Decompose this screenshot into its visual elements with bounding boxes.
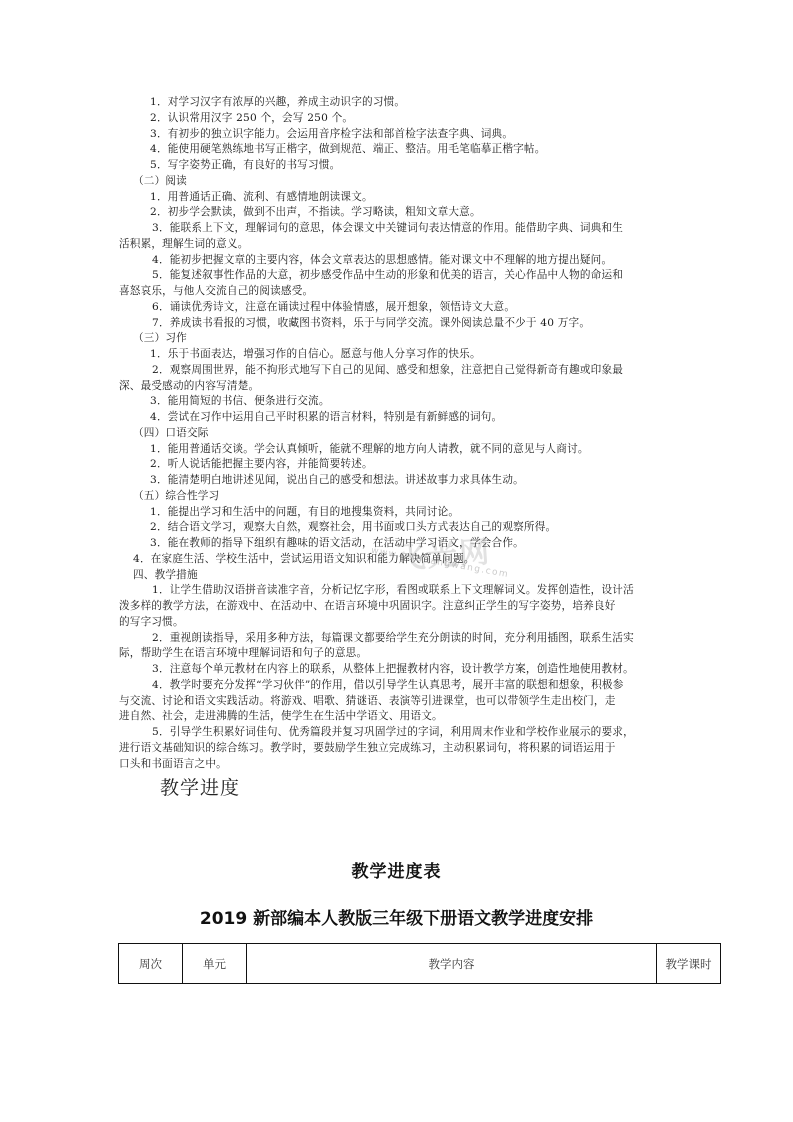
text-line: 5．能复述叙事性作品的大意，初步感受作品中生动的形象和优美的语言，关心作品中人物… xyxy=(119,268,679,284)
text-line: 活积累，理解生词的意义。 xyxy=(119,237,679,253)
document-page: 1．对学习汉字有浓厚的兴趣，养成主动识字的习惯。2．认识常用汉字 250 个，会… xyxy=(0,0,793,1122)
schedule-table: 周次 单元 教学内容 教学课时 xyxy=(118,943,721,984)
text-line: 口头和书面语言之中。 xyxy=(119,757,679,773)
text-line: 2．观察周围世界，能不拘形式地写下自己的见闻、感受和想象，注意把自己觉得新奇有趣… xyxy=(119,363,679,379)
table-subtitle: 2019 新部编本人教版三年级下册语文教学进度安排 xyxy=(0,904,793,929)
text-line: 四、教学措施 xyxy=(119,568,679,584)
body-text: 1．对学习汉字有浓厚的兴趣，养成主动识字的习惯。2．认识常用汉字 250 个，会… xyxy=(119,95,679,772)
text-line: 4．能使用硬笔熟练地书写正楷字，做到规范、端正、整洁。用毛笔临摹正楷字帖。 xyxy=(119,142,679,158)
text-line: 3．能用简短的书信、便条进行交流。 xyxy=(119,394,679,410)
text-line: 1．能提出学习和生活中的问题，有目的地搜集资料，共同讨论。 xyxy=(119,505,679,521)
text-line: 7．养成读书看报的习惯，收藏图书资料，乐于与同学交流。课外阅读总量不少于 40 … xyxy=(119,316,679,332)
text-line: 1．乐于书面表达，增强习作的自信心。愿意与他人分享习作的快乐。 xyxy=(119,347,679,363)
header-content: 教学内容 xyxy=(246,944,656,984)
text-line: 5．写字姿势正确，有良好的书写习惯。 xyxy=(119,158,679,174)
section-heading: 教学进度 xyxy=(160,773,240,800)
text-line: 的写字习惯。 xyxy=(119,615,679,631)
text-line: 3．能联系上下文，理解词句的意思，体会课文中关键词句表达情意的作用。能借助字典、… xyxy=(119,221,679,237)
text-line: 深、最受感动的内容写清楚。 xyxy=(119,379,679,395)
text-line: 2．认识常用汉字 250 个，会写 250 个。 xyxy=(119,111,679,127)
text-line: 3．注意每个单元教材在内容上的联系，从整体上把握教材内容，设计教学方案，创造性地… xyxy=(119,662,679,678)
text-line: 5．引导学生积累好词佳句、优秀篇段并复习巩固学过的字词，利用周末作业和学校作业展… xyxy=(119,725,679,741)
text-line: 3．有初步的独立识字能力。会运用音序检字法和部首检字法查字典、词典。 xyxy=(119,127,679,143)
text-line: 4．尝试在习作中运用自己平时积累的语言材料，特别是有新鲜感的词句。 xyxy=(119,410,679,426)
text-line: 泼多样的教学方法，在游戏中、在活动中、在语言环境中巩固识字。注意纠正学生的写字姿… xyxy=(119,599,679,615)
text-line: 与交流、讨论和语文实践活动。将游戏、唱歌、猜谜语、表演等引进课堂，也可以带领学生… xyxy=(119,694,679,710)
text-line: 4．能初步把握文章的主要内容，体会文章表达的思想感情。能对课文中不理解的地方提出… xyxy=(119,253,679,269)
text-line: 1．能用普通话交谈。学会认真倾听，能就不理解的地方向人请教，就不同的意见与人商讨… xyxy=(119,442,679,458)
text-line: 进自然、社会，走进沸腾的生活，使学生在生活中学语文、用语文。 xyxy=(119,709,679,725)
text-line: 2．重视朗读指导，采用多种方法，每篇课文都要给学生充分朗读的时间，充分利用插图，… xyxy=(119,631,679,647)
text-line: 4．教学时要充分发挥“学习伙伴”的作用，借以引导学生认真思考，展开丰富的联想和想… xyxy=(119,678,679,694)
text-line: 进行语文基础知识的综合练习。教学时，要鼓励学生独立完成练习，主动积累词句，将积累… xyxy=(119,741,679,757)
text-line: （三）习作 xyxy=(119,331,679,347)
header-week: 周次 xyxy=(119,944,183,984)
table-header-row: 周次 单元 教学内容 教学课时 xyxy=(119,944,721,984)
text-line: 2．结合语文学习，观察大自然，观察社会，用书面或口头方式表达自己的观察所得。 xyxy=(119,520,679,536)
header-unit: 单元 xyxy=(182,944,246,984)
text-line: 3．能在教师的指导下组织有趣味的语文活动，在活动中学习语文，学会合作。 xyxy=(119,536,679,552)
text-line: 际，帮助学生在语言环境中理解词语和句子的意思。 xyxy=(119,646,679,662)
text-line: 喜怒哀乐，与他人交流自己的阅读感受。 xyxy=(119,284,679,300)
text-line: 2．听人说话能把握主要内容，并能简要转述。 xyxy=(119,457,679,473)
text-line: （四）口语交际 xyxy=(119,426,679,442)
text-line: （五）综合性学习 xyxy=(119,489,679,505)
text-line: 1．对学习汉字有浓厚的兴趣，养成主动识字的习惯。 xyxy=(119,95,679,111)
header-hours: 教学课时 xyxy=(657,944,721,984)
text-line: （二）阅读 xyxy=(119,174,679,190)
text-line: 6．诵读优秀诗文，注意在诵读过程中体验情感，展开想象，领悟诗文大意。 xyxy=(119,300,679,316)
text-line: 3．能清楚明白地讲述见闻，说出自己的感受和想法。讲述故事力求具体生动。 xyxy=(119,473,679,489)
text-line: 4．在家庭生活、学校生活中，尝试运用语文知识和能力解决简单问题。 xyxy=(119,552,679,568)
table-title: 教学进度表 xyxy=(0,857,793,882)
text-line: 2．初步学会默读，做到不出声，不指读。学习略读，粗知文章大意。 xyxy=(119,205,679,221)
text-line: 1．让学生借助汉语拼音读准字音，分析记忆字形，看图或联系上下文理解词义。发挥创造… xyxy=(119,583,679,599)
text-line: 1．用普通话正确、流利、有感情地朗读课文。 xyxy=(119,190,679,206)
